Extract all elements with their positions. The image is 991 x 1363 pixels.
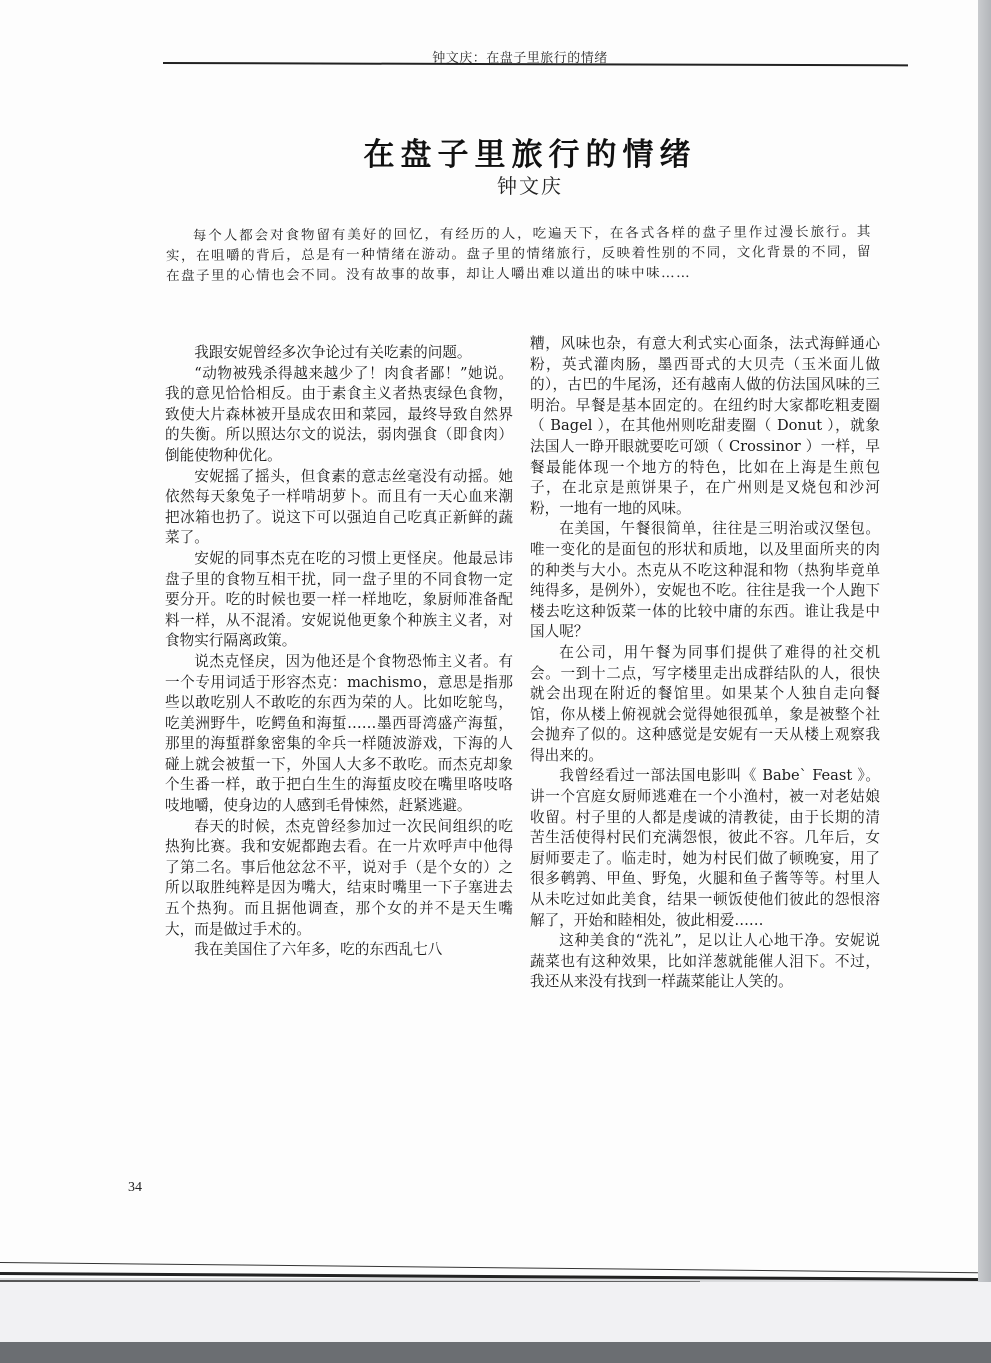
paragraph: “动物被残杀得越来越少了！肉食者鄙！”她说。我的意见恰恰相反。由于素食主义者热衷…: [165, 364, 513, 467]
body-column-right: 糟，风味也杂，有意大利式实心面条，法式海鲜通心粉，英式灌肉肠，墨西哥式的大贝壳（…: [530, 334, 880, 993]
paragraph: 在美国，午餐很简单，往往是三明治或汉堡包。唯一变化的是面包的形状和质地，以及里面…: [530, 519, 880, 643]
paragraph-continued: 糟，风味也杂，有意大利式实心面条，法式海鲜通心粉，英式灌肉肠，墨西哥式的大贝壳（…: [530, 334, 880, 519]
paragraph: 安妮的同事杰克在吃的习惯上更怪戾。他最忌讳盘子里的食物互相干扰，同一盘子里的不同…: [165, 549, 513, 652]
article-author: 钟文庆: [150, 170, 910, 199]
page-number: 34: [128, 1180, 142, 1196]
paragraph: 我跟安妮曾经多次争论过有关吃素的问题。: [165, 343, 513, 364]
scan-edge-right: [978, 0, 991, 1363]
scan-bottom-edge: [0, 1342, 991, 1363]
scanned-page: 钟文庆：在盘子里旅行的情绪 在盘子里旅行的情绪 钟文庆 每个人都会对食物留有美好…: [0, 0, 978, 1278]
article-title: 在盘子里旅行的情绪: [150, 129, 910, 174]
paragraph: 安妮摇了摇头，但食素的意志丝毫没有动摇。她依然每天象兔子一样啃胡萝卜。而且有一天…: [165, 467, 513, 549]
paragraph: 我在美国住了六年多，吃的东西乱七八: [165, 940, 513, 961]
scan-bottom-gutter: [0, 1282, 991, 1342]
paragraph: 春天的时候，杰克曾经参加过一次民间组织的吃热狗比赛。我和安妮都跑去看。在一片欢呼…: [165, 817, 513, 941]
paragraph: 这种美食的“洗礼”，足以让人心地干净。安妮说蔬菜也有这种效果，比如洋葱就能催人泪…: [530, 931, 880, 993]
article-abstract: 每个人都会对食物留有美好的回忆，有经历的人，吃遍天下，在各式各样的盘子里作过漫长…: [166, 221, 872, 285]
paragraph: 说杰克怪戾，因为他还是个食物恐怖主义者。有一个专用词适于形容杰克：machism…: [165, 652, 513, 817]
body-column-left: 我跟安妮曾经多次争论过有关吃素的问题。 “动物被残杀得越来越少了！肉食者鄙！”她…: [165, 343, 513, 961]
paragraph: 在公司，用午餐为同事们提供了难得的社交机会。一到十二点，写字楼里走出成群结队的人…: [530, 643, 880, 767]
paragraph: 我曾经看过一部法国电影叫《 Babe` Feast 》。讲一个宫庭女厨师逃难在一…: [530, 766, 880, 931]
